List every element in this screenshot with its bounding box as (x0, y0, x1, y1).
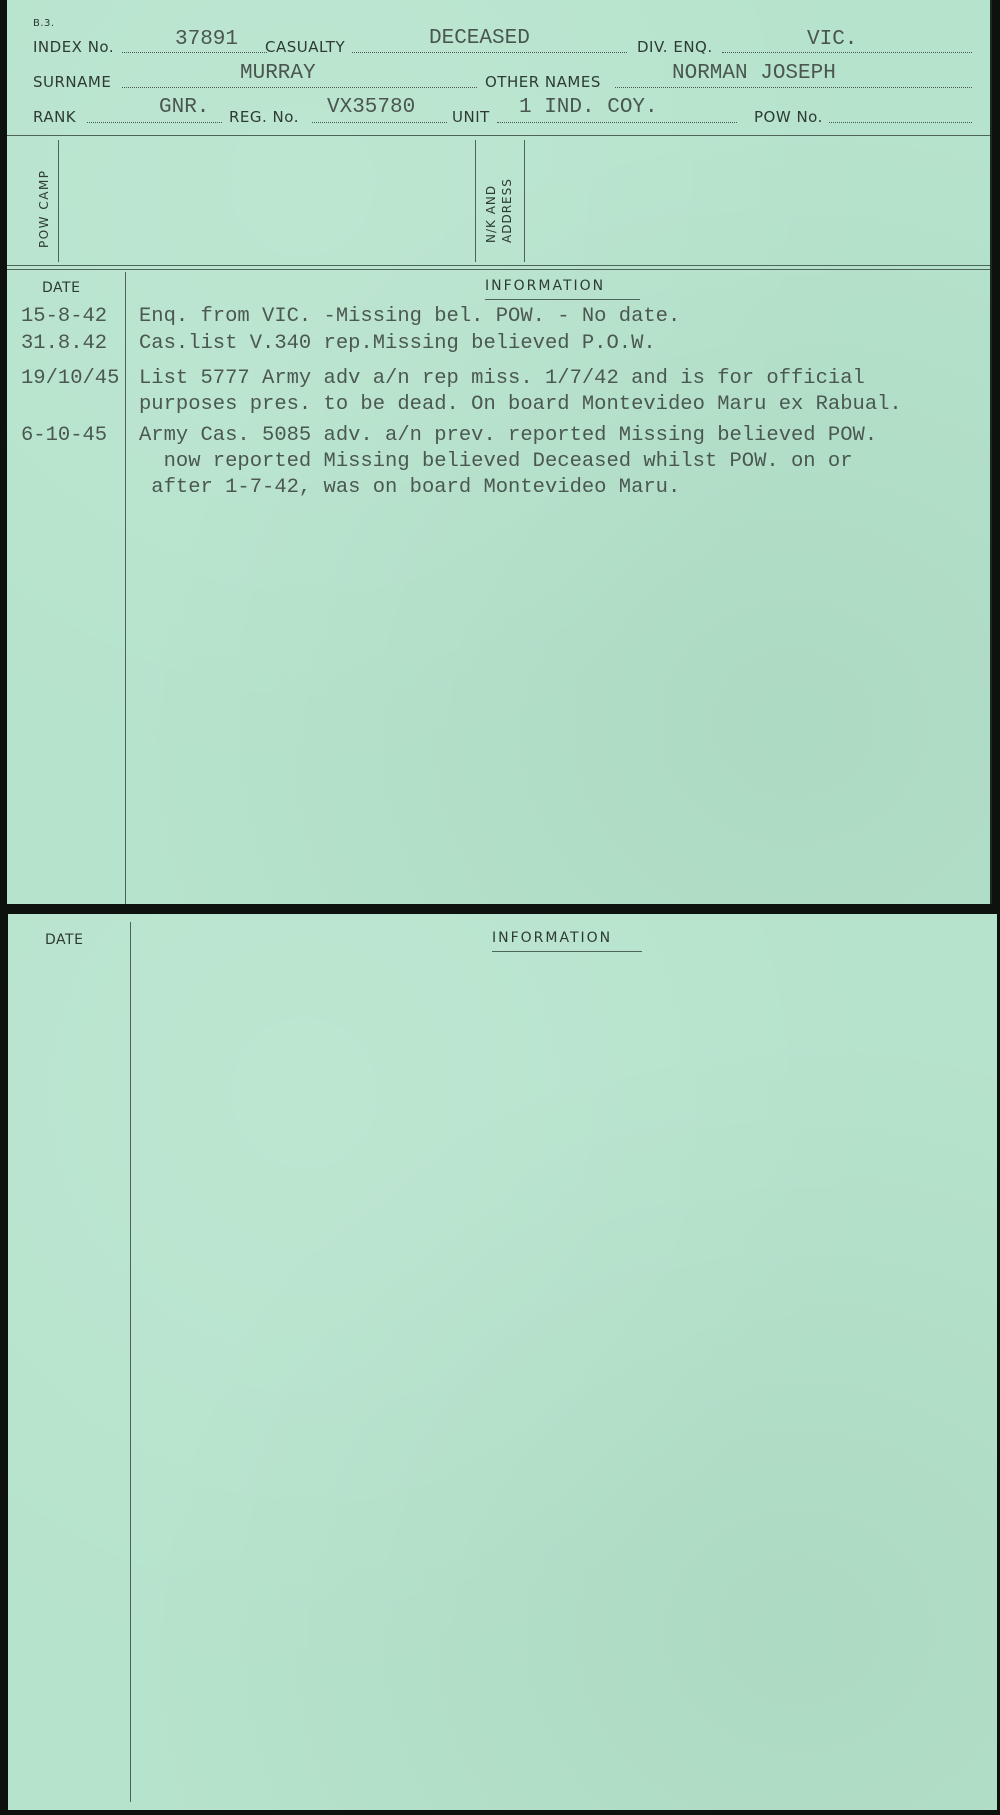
information-underline (485, 299, 640, 300)
pow-no-label: POW No. (754, 108, 823, 126)
entry-text-line: List 5777 Army adv a/n rep miss. 1/7/42 … (139, 367, 865, 390)
other-names-label: OTHER NAMES (485, 73, 601, 91)
information-underline-back (492, 951, 642, 952)
section-divider-top (7, 265, 990, 266)
entry-text-line: Cas.list V.340 rep.Missing believed P.O.… (139, 332, 656, 355)
information-header-back: INFORMATION (492, 930, 612, 946)
reg-no-line (312, 122, 447, 123)
information-header: INFORMATION (485, 278, 605, 294)
nk-label-line1: N/K AND (484, 185, 498, 243)
pow-no-line (829, 122, 972, 123)
index-no-value: 37891 (175, 28, 238, 51)
rank-label: RANK (33, 108, 76, 126)
entry-date: 19/10/45 (21, 367, 119, 390)
nk-label-line2: ADDRESS (500, 178, 514, 243)
casualty-card-back: DATE INFORMATION (8, 914, 997, 1810)
entry-date: 15-8-42 (21, 305, 107, 328)
entry-date: 31.8.42 (21, 332, 107, 355)
surname-value: MURRAY (240, 62, 316, 85)
header-divider (7, 135, 990, 136)
section-divider-bottom (7, 269, 990, 270)
reg-no-label: REG. No. (229, 108, 299, 126)
date-column-divider (125, 272, 126, 904)
div-enq-line (722, 52, 972, 53)
casualty-label: CASUALTY (265, 38, 345, 56)
entry-text-line: Army Cas. 5085 adv. a/n prev. reported M… (139, 424, 877, 447)
rank-line (87, 122, 222, 123)
entry-text-line: Enq. from VIC. -Missing bel. POW. - No d… (139, 305, 680, 328)
other-names-line (615, 87, 972, 88)
entry-text-line: now reported Missing believed Deceased w… (139, 450, 853, 473)
div-enq-value: VIC. (807, 28, 857, 51)
other-names-value: NORMAN JOSEPH (672, 62, 836, 85)
date-column-divider-back (130, 922, 131, 1802)
surname-label: SURNAME (33, 73, 111, 91)
nk-divider-left (475, 140, 476, 262)
casualty-line (352, 52, 627, 53)
unit-value: 1 IND. COY. (519, 96, 658, 119)
date-header-back: DATE (45, 932, 83, 948)
index-no-line (122, 52, 267, 53)
entry-text-line: purposes pres. to be dead. On board Mont… (139, 393, 902, 416)
rank-value: GNR. (159, 96, 209, 119)
index-no-label: INDEX No. (33, 38, 114, 56)
casualty-card-front: B.3. INDEX No. 37891 CASUALTY DECEASED D… (7, 0, 992, 904)
pow-camp-divider (58, 140, 59, 262)
form-code: B.3. (33, 18, 55, 29)
surname-line (122, 87, 477, 88)
entry-text-line: after 1-7-42, was on board Montevideo Ma… (139, 476, 680, 499)
nk-divider-right (524, 140, 525, 262)
casualty-value: DECEASED (429, 27, 530, 50)
div-enq-label: DIV. ENQ. (637, 38, 713, 56)
date-header: DATE (42, 280, 80, 296)
entry-date: 6-10-45 (21, 424, 107, 447)
reg-no-value: VX35780 (327, 96, 415, 119)
pow-camp-label: POW CAMP (37, 169, 51, 248)
unit-line (497, 122, 737, 123)
unit-label: UNIT (452, 108, 490, 126)
